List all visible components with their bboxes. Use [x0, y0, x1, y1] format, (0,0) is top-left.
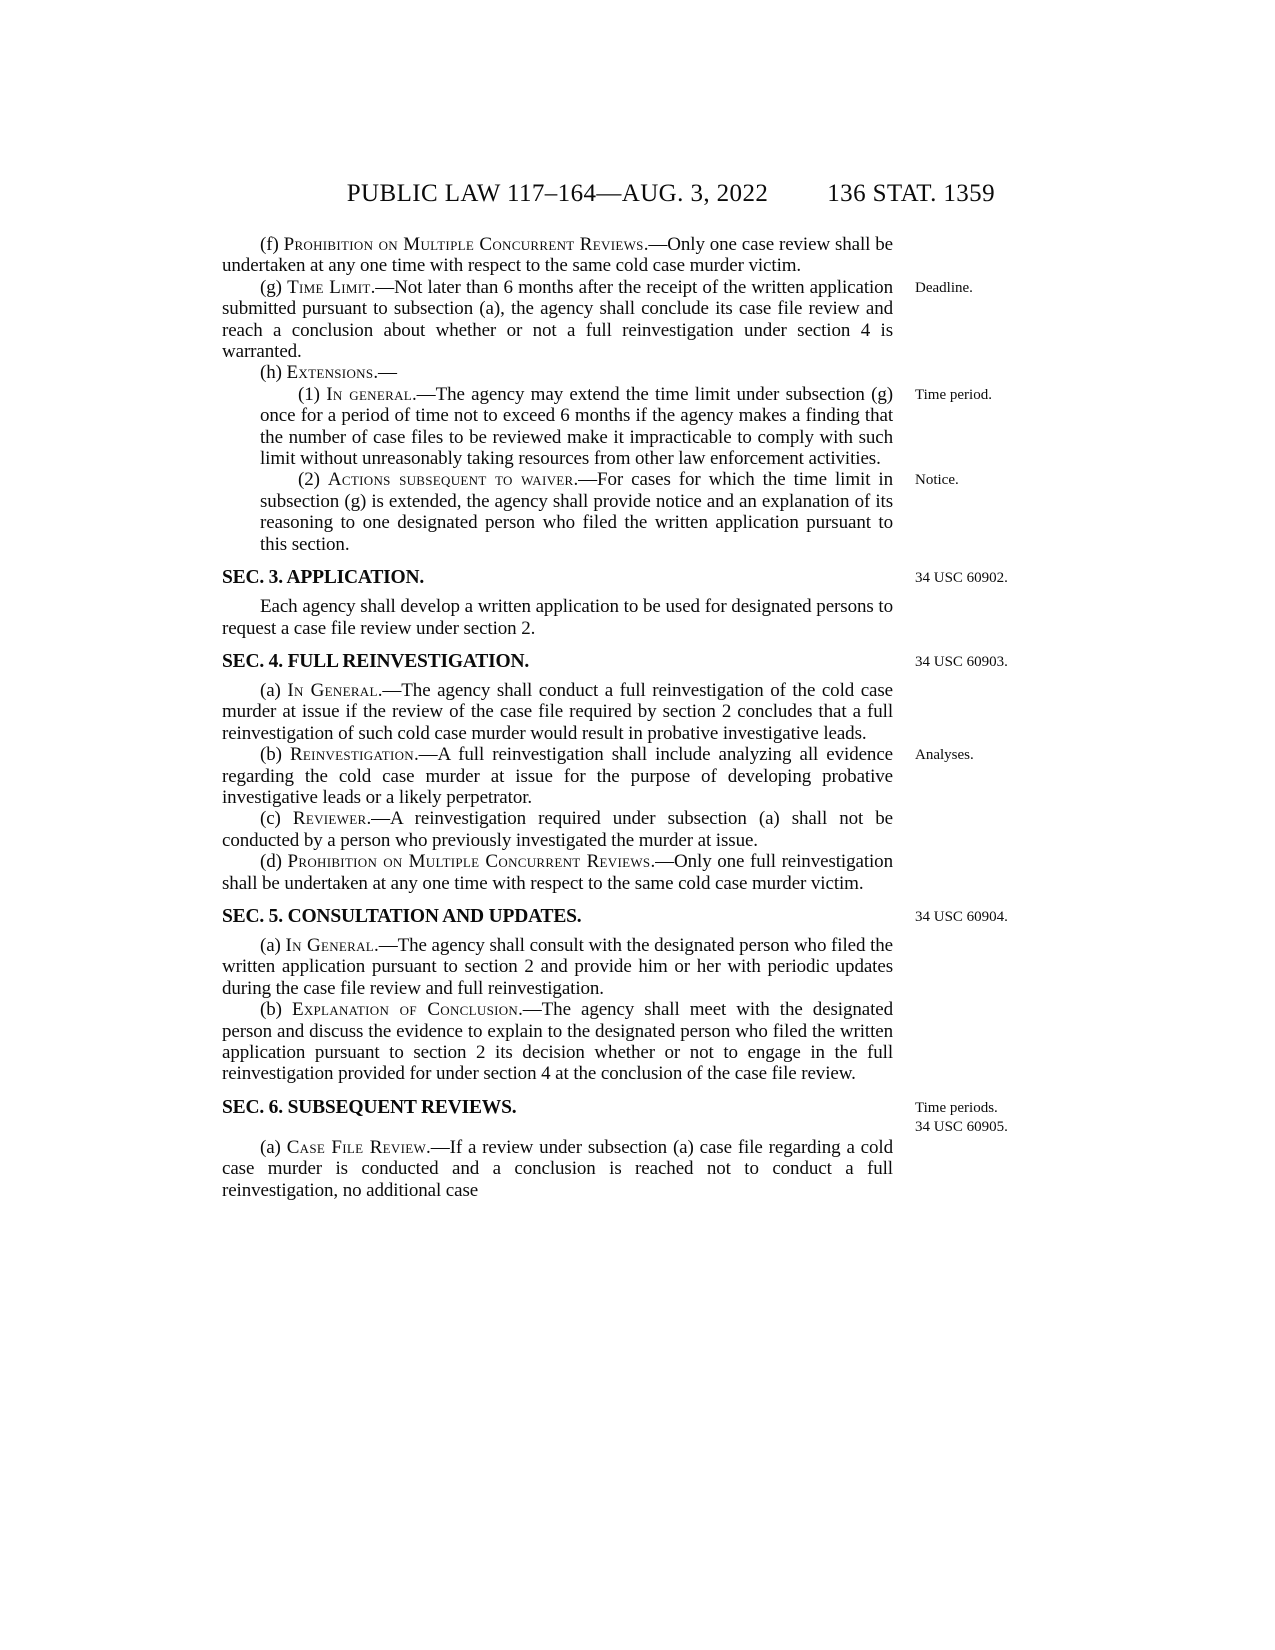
- margin-note: Time periods. 34 USC 60905.: [915, 1097, 1025, 1137]
- main-column-cell: (b) Reinvestigation.—A full reinvestigat…: [222, 744, 893, 808]
- main-column-cell: (a) Case File Review.—If a review under …: [222, 1137, 893, 1201]
- margin-note: Deadline.: [915, 277, 1025, 298]
- statute-paragraph: (c) Reviewer.—A reinvestigation required…: [222, 808, 893, 851]
- margin-note: [915, 1137, 1025, 1139]
- paragraph-row: (b) Explanation of Conclusion.—The agenc…: [222, 999, 1122, 1085]
- paragraph-smallcaps-heading: Case File Review: [287, 1137, 426, 1158]
- margin-note: [915, 680, 1025, 682]
- margin-note: [915, 808, 1025, 810]
- paragraph-designator: (f): [260, 234, 284, 255]
- paragraph-designator: (a): [260, 935, 286, 956]
- section-row: SEC. 4. FULL REINVESTIGATION.34 USC 6090…: [222, 639, 1122, 680]
- main-column-cell: SEC. 5. CONSULTATION AND UPDATES.: [222, 906, 893, 935]
- margin-note: [915, 999, 1025, 1001]
- section-row: SEC. 3. APPLICATION.34 USC 60902.: [222, 555, 1122, 596]
- statute-paragraph: (2) Actions subsequent to waiver.—For ca…: [222, 469, 893, 555]
- main-column-cell: (g) Time Limit.—Not later than 6 months …: [222, 277, 893, 363]
- margin-note: 34 USC 60903.: [915, 651, 1025, 672]
- paragraph-row: (b) Reinvestigation.—A full reinvestigat…: [222, 744, 1122, 808]
- margin-note: Notice.: [915, 469, 1025, 490]
- paragraph-designator: (2): [298, 469, 328, 490]
- paragraph-designator: (h): [260, 362, 287, 383]
- paragraph-designator: (1): [298, 384, 326, 405]
- main-column-cell: SEC. 3. APPLICATION.: [222, 567, 893, 596]
- statute-paragraph: Each agency shall develop a written appl…: [222, 596, 893, 639]
- margin-note: [915, 234, 1025, 236]
- paragraph-row: (h) Extensions.—: [222, 362, 1122, 383]
- main-column-cell: (2) Actions subsequent to waiver.—For ca…: [222, 469, 893, 555]
- margin-note: [915, 362, 1025, 364]
- main-column-cell: SEC. 4. FULL REINVESTIGATION.: [222, 651, 893, 680]
- section-heading: SEC. 4. FULL REINVESTIGATION.: [222, 651, 893, 673]
- statute-paragraph: (g) Time Limit.—Not later than 6 months …: [222, 277, 893, 363]
- section-heading: SEC. 6. SUBSEQUENT REVIEWS.: [222, 1097, 893, 1119]
- statute-paragraph: (f) Prohibition on Multiple Concurrent R…: [222, 234, 893, 277]
- paragraph-row: (a) In General.—The agency shall conduct…: [222, 680, 1122, 744]
- running-head-stat-number: 136 STAT. 1359: [827, 180, 995, 208]
- running-head: PUBLIC LAW 117–164—AUG. 3, 2022 136 STAT…: [222, 180, 995, 208]
- paragraph-row: (1) In general.—The agency may extend th…: [222, 384, 1122, 470]
- margin-note: 34 USC 60902.: [915, 567, 1025, 588]
- paragraph-text: .—: [373, 362, 397, 383]
- paragraph-designator: (g): [260, 277, 287, 298]
- paragraph-smallcaps-heading: Extensions: [287, 362, 374, 383]
- paragraph-smallcaps-heading: Prohibition on Multiple Concurrent Revie…: [284, 234, 644, 255]
- statute-paragraph: (h) Extensions.—: [222, 362, 893, 383]
- section-row: SEC. 5. CONSULTATION AND UPDATES.34 USC …: [222, 894, 1122, 935]
- main-column-cell: (h) Extensions.—: [222, 362, 893, 383]
- paragraph-text: Each agency shall develop a written appl…: [222, 596, 893, 638]
- main-column-cell: (1) In general.—The agency may extend th…: [222, 384, 893, 470]
- paragraph-designator: (b): [260, 744, 290, 765]
- statute-paragraph: (d) Prohibition on Multiple Concurrent R…: [222, 851, 893, 894]
- paragraph-row: (a) In General.—The agency shall consult…: [222, 935, 1122, 999]
- statute-paragraph: (b) Explanation of Conclusion.—The agenc…: [222, 999, 893, 1085]
- margin-note: 34 USC 60904.: [915, 906, 1025, 927]
- main-column-cell: (a) In General.—The agency shall conduct…: [222, 680, 893, 744]
- main-column-cell: (f) Prohibition on Multiple Concurrent R…: [222, 234, 893, 277]
- statute-paragraph: (b) Reinvestigation.—A full reinvestigat…: [222, 744, 893, 808]
- section-row: SEC. 6. SUBSEQUENT REVIEWS.Time periods.…: [222, 1085, 1122, 1137]
- paragraph-smallcaps-heading: Explanation of Conclusion: [292, 999, 518, 1020]
- main-column-cell: (b) Explanation of Conclusion.—The agenc…: [222, 999, 893, 1085]
- paragraph-designator: (d): [260, 851, 287, 872]
- section-heading: SEC. 5. CONSULTATION AND UPDATES.: [222, 906, 893, 928]
- paragraph-designator: (a): [260, 680, 287, 701]
- paragraph-row: (c) Reviewer.—A reinvestigation required…: [222, 808, 1122, 851]
- paragraph-row: (2) Actions subsequent to waiver.—For ca…: [222, 469, 1122, 555]
- margin-note: Analyses.: [915, 744, 1025, 765]
- margin-note: [915, 851, 1025, 853]
- paragraph-designator: (b): [260, 999, 292, 1020]
- statute-page: PUBLIC LAW 117–164—AUG. 3, 2022 136 STAT…: [0, 0, 1275, 1650]
- paragraph-smallcaps-heading: Reinvestigation: [290, 744, 414, 765]
- statute-paragraph: (a) Case File Review.—If a review under …: [222, 1137, 893, 1201]
- statute-paragraph: (a) In General.—The agency shall conduct…: [222, 680, 893, 744]
- paragraph-row: Each agency shall develop a written appl…: [222, 596, 1122, 639]
- paragraph-row: (a) Case File Review.—If a review under …: [222, 1137, 1122, 1201]
- section-heading: SEC. 3. APPLICATION.: [222, 567, 893, 589]
- paragraph-smallcaps-heading: In General: [287, 680, 377, 701]
- running-head-law-title: PUBLIC LAW 117–164—AUG. 3, 2022: [222, 180, 893, 208]
- main-column-cell: SEC. 6. SUBSEQUENT REVIEWS.: [222, 1097, 893, 1126]
- statute-body: (f) Prohibition on Multiple Concurrent R…: [222, 234, 1122, 1201]
- main-column-cell: (c) Reviewer.—A reinvestigation required…: [222, 808, 893, 851]
- paragraph-smallcaps-heading: Time Limit: [287, 277, 371, 298]
- paragraph-row: (f) Prohibition on Multiple Concurrent R…: [222, 234, 1122, 277]
- paragraph-smallcaps-heading: Reviewer: [293, 808, 367, 829]
- statute-paragraph: (a) In General.—The agency shall consult…: [222, 935, 893, 999]
- margin-note: Time period.: [915, 384, 1025, 405]
- paragraph-row: (g) Time Limit.—Not later than 6 months …: [222, 277, 1122, 363]
- paragraph-designator: (c): [260, 808, 293, 829]
- paragraph-smallcaps-heading: Prohibition on Multiple Concurrent Revie…: [287, 851, 650, 872]
- margin-note: [915, 596, 1025, 598]
- statute-paragraph: (1) In general.—The agency may extend th…: [222, 384, 893, 470]
- paragraph-smallcaps-heading: In general: [326, 384, 412, 405]
- paragraph-designator: (a): [260, 1137, 287, 1158]
- paragraph-smallcaps-heading: In General: [286, 935, 375, 956]
- margin-note: [915, 935, 1025, 937]
- main-column-cell: (a) In General.—The agency shall consult…: [222, 935, 893, 999]
- main-column-cell: Each agency shall develop a written appl…: [222, 596, 893, 639]
- paragraph-row: (d) Prohibition on Multiple Concurrent R…: [222, 851, 1122, 894]
- main-column-cell: (d) Prohibition on Multiple Concurrent R…: [222, 851, 893, 894]
- paragraph-smallcaps-heading: Actions subsequent to waiver: [328, 469, 574, 490]
